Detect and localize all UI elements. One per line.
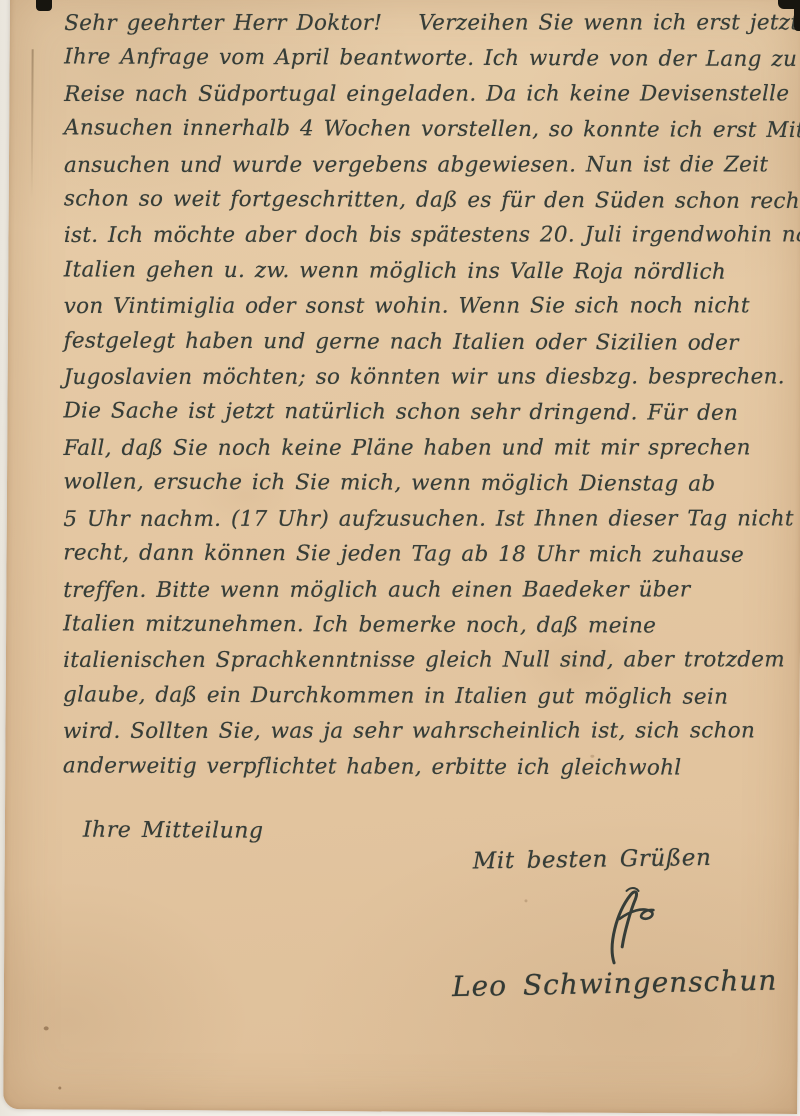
letter-paper: Sehr geehrter Herr Doktor!Verzeihen Sie … — [3, 0, 800, 1114]
scan-artifact-top-left — [36, 0, 52, 11]
letter-line: italienischen Sprachkenntnisse gleich Nu… — [63, 643, 769, 679]
letter-line: ansuchen und wurde vergebens abgewiesen.… — [64, 147, 770, 183]
signature-flourish-icon — [556, 885, 687, 975]
letter-line: festgelegt haben und gerne nach Italien … — [64, 323, 770, 361]
closing-line: Mit besten Grüßen — [473, 845, 712, 875]
letter-line: Italien gehen u. zw. wenn möglich ins Va… — [64, 252, 770, 290]
scan-artifact-top-right — [778, 0, 800, 9]
letter-line: glaube, daß ein Durchkommen in Italien g… — [63, 677, 769, 715]
letter-line: Sehr geehrter Herr Doktor!Verzeihen Sie … — [64, 5, 770, 41]
letter-line: wird. Sollten Sie, was ja sehr wahrschei… — [63, 713, 769, 749]
letter-line: Italien mitzunehmen. Ich bemerke noch, d… — [63, 606, 769, 644]
letter-line: 5 Uhr nachm. (17 Uhr) aufzusuchen. Ist I… — [63, 501, 769, 537]
letter-line: Die Sache ist jetzt natürlich schon sehr… — [63, 394, 769, 432]
letter-body: Sehr geehrter Herr Doktor!Verzeihen Sie … — [63, 5, 770, 785]
letter-line: treffen. Bitte wenn möglich auch einen B… — [63, 572, 769, 608]
letter-line: recht, dann können Sie jeden Tag ab 18 U… — [63, 536, 769, 574]
letter-line: Reise nach Südportugal eingeladen. Da ic… — [64, 76, 770, 112]
letter-line: Ansuchen innerhalb 4 Wochen vorstellen, … — [64, 111, 770, 149]
letter-line: anderweitig verpflichtet haben, erbitte … — [63, 748, 769, 786]
letter-line-text: Verzeihen Sie wenn ich erst jetzt — [418, 10, 799, 35]
scan-artifact-top-right-edge — [794, 9, 800, 31]
letter-line: Jugoslavien möchten; so könnten wir uns … — [64, 359, 770, 395]
letter-line: von Vintimiglia oder sonst wohin. Wenn S… — [64, 289, 770, 325]
letter-line: schon so weit fortgeschritten, daß es fü… — [64, 181, 770, 219]
paper-speck — [58, 1086, 61, 1089]
letter-line: Fall, daß Sie noch keine Pläne haben und… — [63, 430, 769, 466]
scanned-letter-page: Sehr geehrter Herr Doktor!Verzeihen Sie … — [0, 0, 800, 1116]
paper-speck — [44, 1026, 49, 1030]
paper-crease — [31, 49, 34, 199]
paper-speck — [524, 899, 527, 902]
farewell-line: Ihre Mitteilung — [83, 818, 264, 844]
letter-line: wollen, ersuche ich Sie mich, wenn mögli… — [63, 465, 769, 503]
letter-line: ist. Ich möchte aber doch bis spätestens… — [64, 218, 770, 254]
salutation: Sehr geehrter Herr Doktor! — [64, 11, 382, 36]
signature: Leo Schwingenschun — [452, 964, 783, 1004]
letter-line: Ihre Anfrage vom April beantworte. Ich w… — [64, 40, 770, 78]
